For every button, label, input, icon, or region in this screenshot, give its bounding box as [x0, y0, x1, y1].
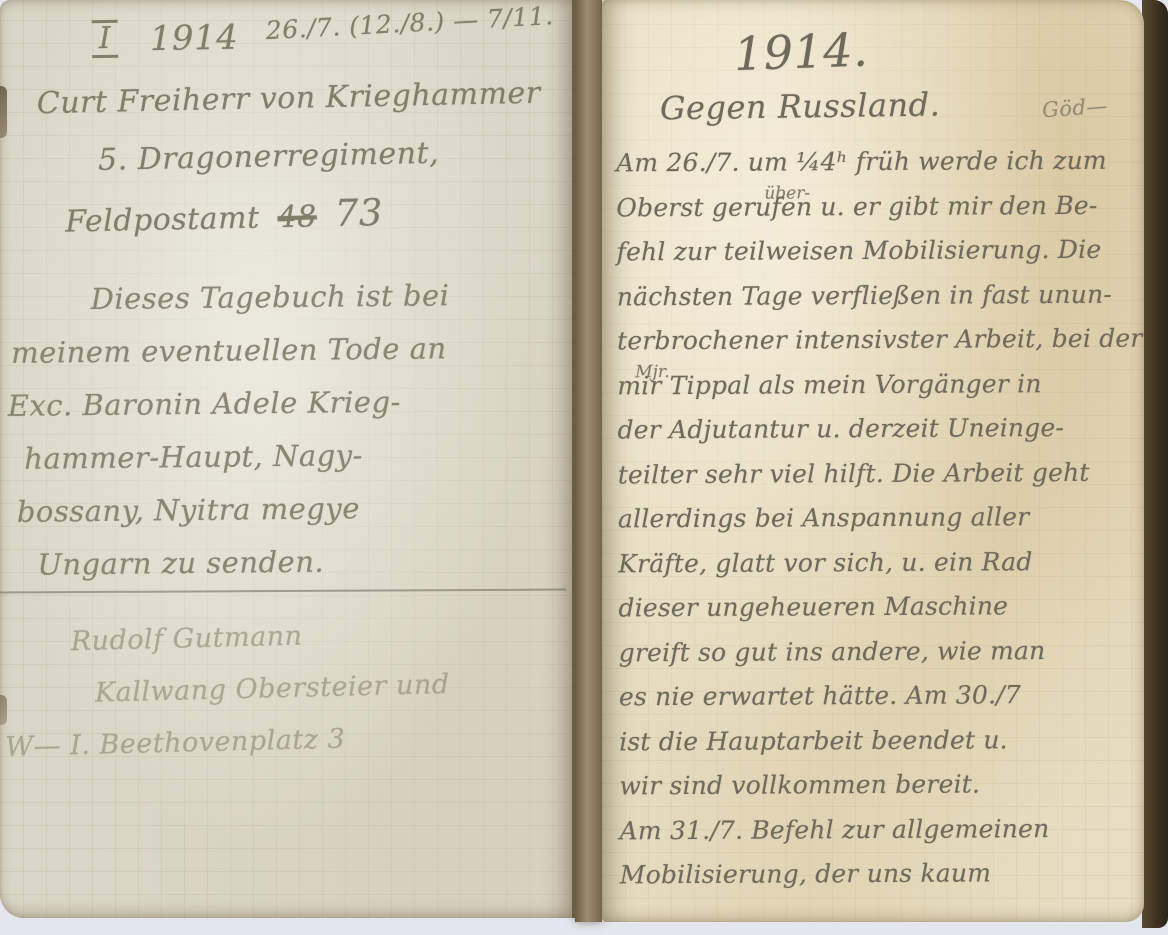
- entry-line: der Adjutantur u. derzeit Uneinge-: [617, 406, 1143, 453]
- entry-line: Am 26./7. um ¼4ʰ früh werde ich zum: [616, 139, 1142, 186]
- corner-annotation: Göd—: [1041, 94, 1108, 123]
- year-title: 1914.: [733, 13, 1145, 91]
- entry-line-text: mir Tippal als mein Vorgänger in: [617, 369, 1041, 400]
- entry-line: fehl zur teilweisen Mobilisierung. Die: [616, 228, 1142, 275]
- feldpost-label: Feldpostamt: [65, 201, 260, 240]
- header-date-range: 26./7. (12./8.) — 7/11.: [265, 1, 554, 45]
- bequest-line: hammer-Haupt, Nagy-: [0, 427, 573, 486]
- bequest-note-block: Dieses Tagebuch ist bei meinem eventuell…: [0, 268, 574, 592]
- diary-scan: I 1914 26./7. (12./8.) — 7/11. Curt Frei…: [0, 0, 1168, 935]
- right-page: 1914. Gegen Russland. Göd— Am 26./7. um …: [602, 0, 1144, 922]
- owner-address-block: Curt Freiherr von Krieghammer 5. Dragone…: [0, 64, 574, 253]
- diary-entry-body: Am 26./7. um ¼4ʰ früh werde ich zum Ober…: [600, 139, 1146, 898]
- contact-note-block: Rudolf Gutmann Kallwang Obersteier und W…: [0, 604, 574, 774]
- entry-line-text: Oberst gerufen u. er gibt mir den Be-: [616, 190, 1097, 222]
- entry-line: Oberst gerufen u. er gibt mir den Be- üb…: [616, 183, 1142, 230]
- entry-line: nächsten Tage verfließen in fast unun-: [617, 272, 1143, 319]
- bequest-line: Exc. Baronin Adele Krieg-: [0, 374, 572, 433]
- header-year: 1914: [150, 18, 239, 60]
- feldpost-line: Feldpostamt 48 73: [1, 180, 574, 253]
- entry-line: Mobilisierung, der uns kaum: [620, 851, 1146, 898]
- entry-line: ist die Hauptarbeit beendet u.: [619, 717, 1145, 764]
- entry-line: mir Tippal als mein Vorgänger in Mjr.: [617, 361, 1143, 408]
- left-page: I 1914 26./7. (12./8.) — 7/11. Curt Frei…: [0, 0, 575, 918]
- entry-line: dieser ungeheueren Maschine: [618, 584, 1144, 631]
- entry-line: wir sind vollkommen bereit.: [619, 762, 1145, 809]
- bequest-line: bossany, Nyitra megye: [1, 480, 574, 539]
- bequest-line: Dieses Tagebuch ist bei: [0, 268, 571, 327]
- entry-line: teilter sehr viel hilft. Die Arbeit geht: [618, 450, 1144, 497]
- entry-line: greift so gut ins andere, wie man: [619, 628, 1145, 675]
- owner-name-line: Curt Freiherr von Krieghammer: [0, 64, 571, 134]
- inserted-word: über-: [764, 171, 810, 216]
- feldpost-old-number: 48: [277, 199, 317, 235]
- book-cover-edge: [1142, 0, 1168, 928]
- entry-line: terbrochener intensivster Arbeit, bei de…: [617, 317, 1143, 364]
- volume-numeral: I: [92, 20, 119, 58]
- feldpost-new-number: 73: [334, 191, 383, 235]
- entry-line: Kräfte, glatt vor sich, u. ein Rad: [618, 539, 1144, 586]
- entry-line: Am 31./7. Befehl zur allgemeinen: [620, 806, 1146, 853]
- bequest-line: Ungarn zu senden.: [1, 533, 574, 592]
- bequest-line: meinem eventuellen Tode an: [0, 321, 571, 380]
- book-spine-gutter: [575, 0, 602, 922]
- inserted-word: Mjr.: [635, 350, 670, 395]
- entry-line: es nie erwartet hätte. Am 30./7: [619, 673, 1145, 720]
- entry-line: allerdings bei Anspannung aller: [618, 495, 1144, 542]
